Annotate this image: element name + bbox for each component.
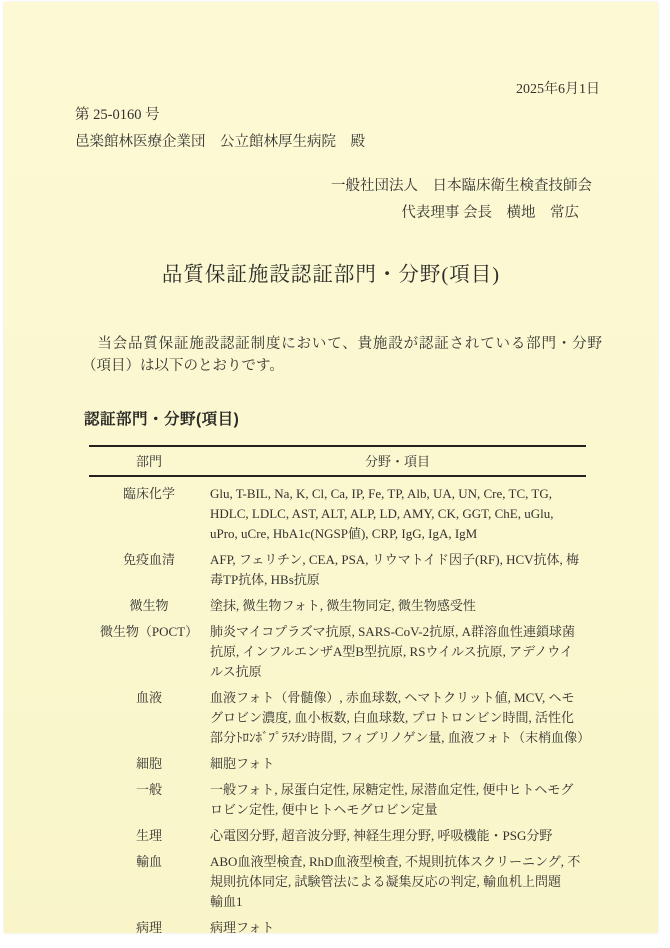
scanned-document-page: { "document": { "date": "2025年6月1日", "do… bbox=[0, 0, 670, 948]
department-cell: 生理 bbox=[89, 826, 209, 846]
table-row: 微生物塗抹, 微生物フォト, 微生物同定, 微生物感受性 bbox=[89, 593, 586, 619]
department-cell: 一般 bbox=[89, 780, 209, 820]
fields-cell: 心電図分野, 超音波分野, 神経生理分野, 呼吸機能・PSG分野 bbox=[209, 826, 586, 846]
department-cell: 免疫血清 bbox=[89, 550, 209, 590]
department-cell: 微生物（POCT） bbox=[89, 622, 209, 682]
table-row: 血液血液フォト（骨髄像）, 赤血球数, ヘマトクリット値, MCV, ヘモグロビ… bbox=[89, 685, 586, 751]
department-cell: 病理 bbox=[89, 918, 209, 938]
table-header-row: 部門 分野・項目 bbox=[89, 447, 586, 477]
fields-cell: AFP, フェリチン, CEA, PSA, リウマトイド因子(RF), HCV抗… bbox=[209, 550, 586, 590]
table-row: 輸血ABO血液型検査, RhD血液型検査, 不規則抗体スクリーニング, 不規則抗… bbox=[89, 849, 586, 915]
fields-cell: ABO血液型検査, RhD血液型検査, 不規則抗体スクリーニング, 不規則抗体同… bbox=[209, 852, 586, 912]
certification-table: 部門 分野・項目 臨床化学Glu, T-BIL, Na, K, Cl, Ca, … bbox=[89, 445, 586, 941]
table-row: 病理病理フォト bbox=[89, 915, 586, 941]
fields-cell: 血液フォト（骨髄像）, 赤血球数, ヘマトクリット値, MCV, ヘモグロビン濃… bbox=[209, 688, 586, 748]
fields-cell: 肺炎マイコプラズマ抗原, SARS-CoV-2抗原, A群溶血性連鎖球菌抗原, … bbox=[209, 622, 586, 682]
fields-cell: 一般フォト, 尿蛋白定性, 尿糖定性, 尿潜血定性, 便中ヒトヘモグロビン定性,… bbox=[209, 780, 586, 820]
document-number: 第 25-0160 号 bbox=[4, 105, 658, 125]
fields-cell: Glu, T-BIL, Na, K, Cl, Ca, IP, Fe, TP, A… bbox=[209, 484, 586, 544]
table-row: 免疫血清AFP, フェリチン, CEA, PSA, リウマトイド因子(RF), … bbox=[89, 547, 586, 593]
header-fields: 分野・項目 bbox=[209, 452, 586, 471]
table-row: 細胞細胞フォト bbox=[89, 751, 586, 777]
issuer-organization: 一般社団法人 日本臨床衛生検査技師会 bbox=[4, 176, 658, 196]
fields-cell: 細胞フォト bbox=[209, 754, 586, 774]
department-cell: 微生物 bbox=[89, 596, 209, 616]
table-row: 生理心電図分野, 超音波分野, 神経生理分野, 呼吸機能・PSG分野 bbox=[89, 823, 586, 849]
department-cell: 臨床化学 bbox=[89, 484, 209, 544]
paper-sheet: 2025年6月1日 第 25-0160 号 邑楽館林医療企業団 公立館林厚生病院… bbox=[4, 2, 658, 933]
table-row: 微生物（POCT）肺炎マイコプラズマ抗原, SARS-CoV-2抗原, A群溶血… bbox=[89, 619, 586, 685]
table-row: 臨床化学Glu, T-BIL, Na, K, Cl, Ca, IP, Fe, T… bbox=[89, 481, 586, 547]
fields-cell: 塗抹, 微生物フォト, 微生物同定, 微生物感受性 bbox=[209, 596, 586, 616]
table-row: 一般一般フォト, 尿蛋白定性, 尿糖定性, 尿潜血定性, 便中ヒトヘモグロビン定… bbox=[89, 777, 586, 823]
table-body: 臨床化学Glu, T-BIL, Na, K, Cl, Ca, IP, Fe, T… bbox=[89, 477, 586, 941]
issuer-representative: 代表理事 会長 横地 常広 bbox=[4, 203, 658, 223]
fields-cell: 病理フォト bbox=[209, 918, 586, 938]
document-title: 品質保証施設認証部門・分野(項目) bbox=[4, 261, 658, 289]
issue-date: 2025年6月1日 bbox=[4, 80, 658, 100]
department-cell: 血液 bbox=[89, 688, 209, 748]
addressee: 邑楽館林医療企業団 公立館林厚生病院 殿 bbox=[4, 132, 658, 152]
body-paragraph: 当会品質保証施設認証制度において、貴施設が認証されている部門・分野（項目）は以下… bbox=[4, 333, 658, 377]
department-cell: 輸血 bbox=[89, 852, 209, 912]
department-cell: 細胞 bbox=[89, 754, 209, 774]
section-heading: 認証部門・分野(項目) bbox=[4, 409, 658, 431]
header-department: 部門 bbox=[89, 452, 209, 471]
